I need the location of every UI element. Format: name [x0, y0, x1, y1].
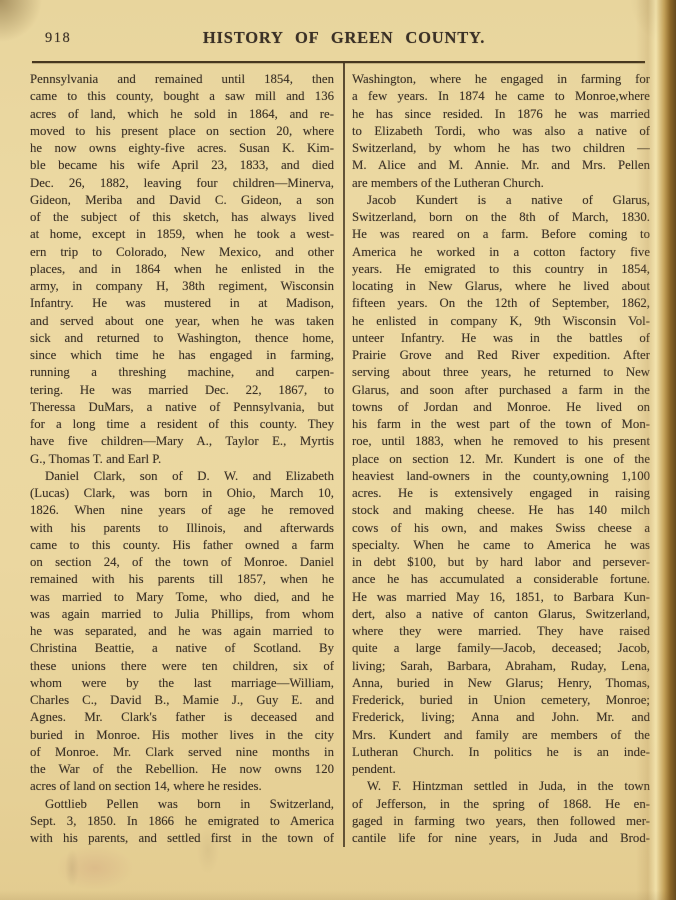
- text-line: are members of the Lutheran Church.: [352, 175, 650, 192]
- scanned-book-page: { "page": { "number": "918", "title": "H…: [0, 0, 676, 900]
- text-line: Gottlieb Pellen was born in Switzerland,: [30, 796, 334, 813]
- text-line: and served about one year, when he was t…: [30, 313, 334, 330]
- text-line: Washington, where he engaged in farming …: [352, 71, 650, 88]
- text-line: Anna, buried in New Glarus; Henry, Thoma…: [352, 675, 650, 692]
- text-line: at home, except in 1859, when he took a …: [30, 226, 334, 243]
- text-line: America he worked in a cotton factory fi…: [352, 244, 650, 261]
- text-line: of Monroe. Mr. Clark served nine months …: [30, 744, 334, 761]
- text-line: Dec. 26, 1882, leaving four children—Min…: [30, 175, 334, 192]
- text-line: was again married to Julia Phillips, fro…: [30, 606, 334, 623]
- text-line: with his parents to Illinois, and afterw…: [30, 520, 334, 537]
- text-line: he has since resided. In 1876 he was mar…: [352, 106, 650, 123]
- text-line: roe, until 1883, when he removed to his …: [352, 433, 650, 450]
- text-line: Daniel Clark, son of D. W. and Elizabeth: [30, 468, 334, 485]
- text-line: Gideon, Meriba and David C. Gideon, a so…: [30, 192, 334, 209]
- text-line: acres of land on section 14, where he re…: [30, 778, 334, 795]
- text-line: came to this county. His father owned a …: [30, 537, 334, 554]
- text-line: years. He emigrated to this country in 1…: [352, 261, 650, 278]
- text-line: of the subject of this sketch, has alway…: [30, 209, 334, 226]
- text-line: Infantry. He was mustered in at Madison,: [30, 295, 334, 312]
- text-line: whom were by the last marriage—William,: [30, 675, 334, 692]
- text-line: unteer Infantry. He was in the battles o…: [352, 330, 650, 347]
- text-line: M. Alice and M. Annie. Mr. and Mrs. Pell…: [352, 157, 650, 174]
- text-line: ern trip to Colorado, New Mexico, and ot…: [30, 244, 334, 261]
- header-rule: [32, 61, 645, 63]
- text-line: with his parents, and settled first in t…: [30, 830, 334, 847]
- page-edge-shadow-bottom: [0, 890, 676, 900]
- text-line: since which time he has engaged in farmi…: [30, 347, 334, 364]
- text-line: Christina Beattie, a native of Scotland.…: [30, 640, 334, 657]
- text-line: running a threshing machine, and carpen-: [30, 364, 334, 381]
- text-line: a few years. In 1874 he came to Monroe,w…: [352, 88, 650, 105]
- text-line: Charles C., David B., Mamie J., Guy E. a…: [30, 692, 334, 709]
- text-line: quite a large family—Jacob, deceased; Ja…: [352, 640, 650, 657]
- text-line: heaviest land-owners in the county,ownin…: [352, 468, 650, 485]
- text-line: towns of Jordan and Monroe. He lived on: [352, 399, 650, 416]
- text-line: was married to Mary Tome, who died, and …: [30, 589, 334, 606]
- text-line: G., Thomas T. and Earl P.: [30, 451, 334, 468]
- text-line: where they were married. They have raise…: [352, 623, 650, 640]
- text-line: these unions there were ten children, si…: [30, 658, 334, 675]
- text-line: Pennsylvania and remained until 1854, th…: [30, 71, 334, 88]
- text-line: acres of land, which he sold in 1864, an…: [30, 106, 334, 123]
- text-line: place on section 12. Mr. Kundert is one …: [352, 451, 650, 468]
- text-line: army, in company H, 38th regiment, Wisco…: [30, 278, 334, 295]
- text-line: tering. He was married Dec. 22, 1867, to: [30, 382, 334, 399]
- text-line: Frederick, buried in Union cemetery, Mon…: [352, 692, 650, 709]
- text-line: Frederick, living; Anna and John. Mr. an…: [352, 709, 650, 726]
- text-line: he was separated, and he was again marri…: [30, 623, 334, 640]
- text-line: for a long time a resident of this count…: [30, 416, 334, 433]
- text-line: the War of the Rebellion. He now owns 12…: [30, 761, 334, 778]
- text-line: He was reared on a farm. Before coming t…: [352, 226, 650, 243]
- text-line: ance he has accumulated a considerable f…: [352, 571, 650, 588]
- text-line: fifteen years. On the 12th of September,…: [352, 295, 650, 312]
- text-line: Agnes. Mr. Clark's father is deceased an…: [30, 709, 334, 726]
- text-line: cantile life for nine years, in Juda and…: [352, 830, 650, 847]
- text-line: have five children—Mary A., Taylor E., M…: [30, 433, 334, 450]
- text-line: specialty. When he came to America he wa…: [352, 537, 650, 554]
- text-line: Lutheran Church. In politics he is an in…: [352, 744, 650, 761]
- text-line: (Lucas) Clark, was born in Ohio, March 1…: [30, 485, 334, 502]
- text-line: he enlisted in company K, 9th Wisconsin …: [352, 313, 650, 330]
- text-line: buried in Monroe. His mother lives in th…: [30, 727, 334, 744]
- text-line: of Jefferson, in the spring of 1868. He …: [352, 796, 650, 813]
- text-line: to Elizabeth Tordi, who was also a nativ…: [352, 123, 650, 140]
- text-line: his farm in the west part of the town of…: [352, 416, 650, 433]
- text-line: Theressa DuMars, a native of Pennsylvani…: [30, 399, 334, 416]
- text-line: gaged in farming two years, then followe…: [352, 813, 650, 830]
- left-column: Pennsylvania and remained until 1854, th…: [30, 71, 334, 847]
- text-line: places, and in 1864 when he enlisted in …: [30, 261, 334, 278]
- text-line: remained with his parents till 1857, whe…: [30, 571, 334, 588]
- text-line: cows of his own, and makes Swiss cheese …: [352, 520, 650, 537]
- text-line: living; Sarah, Barbara, Abraham, Ruday, …: [352, 658, 650, 675]
- text-line: W. F. Hintzman settled in Juda, in the t…: [352, 778, 650, 795]
- text-line: locating in New Glarus, where he lived a…: [352, 278, 650, 295]
- text-line: ble became his wife April 23, 1833, and …: [30, 157, 334, 174]
- text-line: Glarus, and soon after purchased a farm …: [352, 382, 650, 399]
- text-line: 1826. When nine years of age he removed: [30, 502, 334, 519]
- text-line: on section 24, of the town of Monroe. Da…: [30, 554, 334, 571]
- text-line: Jacob Kundert is a native of Glarus,: [352, 192, 650, 209]
- text-line: dert, also a native of canton Glarus, Sw…: [352, 606, 650, 623]
- right-column: Washington, where he engaged in farming …: [352, 71, 650, 847]
- text-line: came to this county, bought a saw mill a…: [30, 88, 334, 105]
- text-line: stock and making cheese. He has 140 milc…: [352, 502, 650, 519]
- page-title: HISTORY OF GREEN COUNTY.: [30, 28, 658, 48]
- column-divider: [343, 63, 345, 847]
- text-line: He was married May 16, 1851, to Barbara …: [352, 589, 650, 606]
- text-line: Prairie Grove and Red River expedition. …: [352, 347, 650, 364]
- text-line: sick and returned to Washington, thence …: [30, 330, 334, 347]
- text-line: acres. He is extensively engaged in rais…: [352, 485, 650, 502]
- text-line: in debt $100, but by hard labor and pers…: [352, 554, 650, 571]
- text-line: pendent.: [352, 761, 650, 778]
- text-line: he now owns eighty-five acres. Susan K. …: [30, 140, 334, 157]
- text-line: Switzerland, born on the 8th of March, 1…: [352, 209, 650, 226]
- text-line: Switzerland, by whom he has two children…: [352, 140, 650, 157]
- text-line: Mrs. Kundert and family are members of t…: [352, 727, 650, 744]
- text-line: moved to his present place on section 20…: [30, 123, 334, 140]
- text-line: serving about three years, he returned t…: [352, 364, 650, 381]
- text-line: Sept. 3, 1850. In 1866 he emigrated to A…: [30, 813, 334, 830]
